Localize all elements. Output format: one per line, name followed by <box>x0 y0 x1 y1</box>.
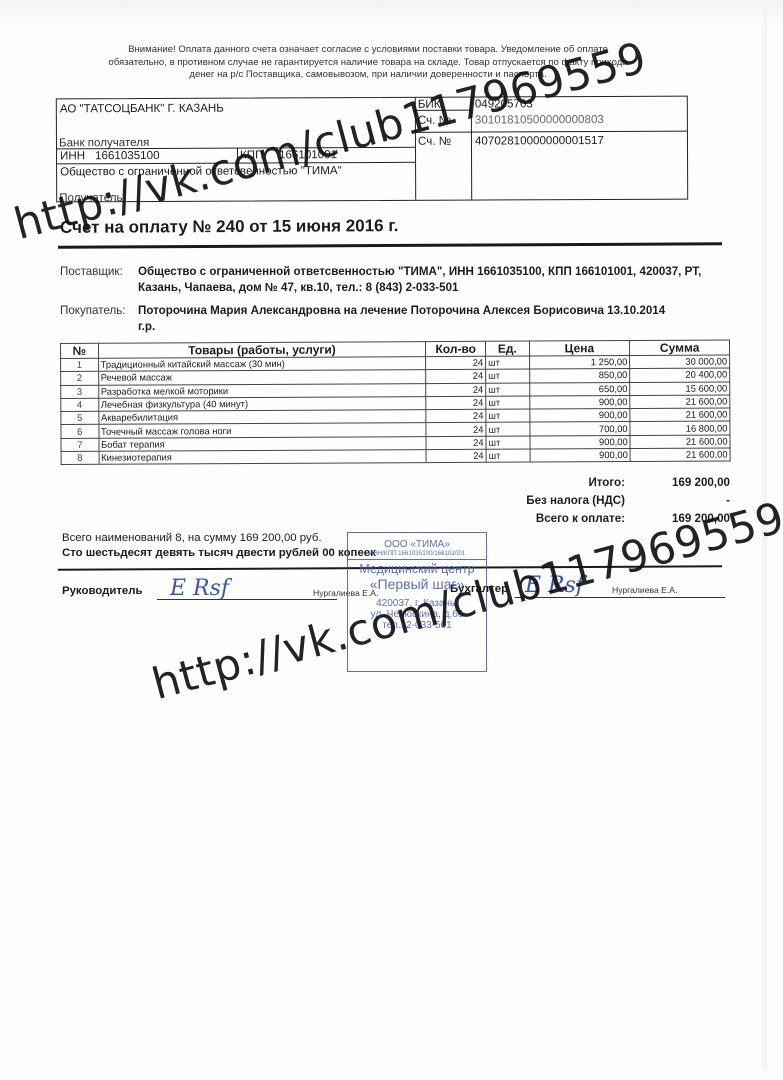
row-sum: 16 800,00 <box>630 421 730 435</box>
row-quantity: 24 <box>426 449 486 463</box>
row-unit: шт <box>486 436 530 450</box>
row-sum: 20 400,00 <box>630 368 730 382</box>
row-price: 900,00 <box>529 409 630 423</box>
account-value: 40702810000000001517 <box>475 134 604 148</box>
row-sum: 15 600,00 <box>630 382 730 396</box>
row-number: 6 <box>61 425 99 438</box>
row-number: 7 <box>61 438 99 451</box>
due-label: Всего к оплате: <box>470 510 625 528</box>
bank-name: АО "ТАТСОЦБАНК" Г. КАЗАНЬ <box>60 102 224 116</box>
director-label: Руководитель <box>62 585 143 597</box>
row-price: 650,00 <box>529 382 630 396</box>
row-quantity: 24 <box>426 383 486 397</box>
row-number: 1 <box>61 358 99 371</box>
row-number: 4 <box>61 398 99 411</box>
row-number: 2 <box>61 372 99 385</box>
row-unit: шт <box>486 396 530 410</box>
row-number: 3 <box>61 385 99 398</box>
row-sum: 30 000,00 <box>630 355 730 369</box>
buyer-label: Покупатель: <box>60 303 138 319</box>
stamp-inn-kpp: ИНН/КПП 1661035100/166101001 <box>348 550 486 557</box>
row-price: 900,00 <box>530 435 631 449</box>
vat-label: Без налога (НДС) <box>470 492 625 510</box>
row-price: 700,00 <box>529 422 630 436</box>
row-sum: 21 600,00 <box>630 448 730 462</box>
total-value: 169 200,00 <box>625 474 730 492</box>
supplier-label: Поставщик: <box>60 264 138 280</box>
row-price: 900,00 <box>530 449 631 463</box>
inn-label: ИНН <box>60 149 85 162</box>
summary-words: Сто шестьдесят девять тысяч двести рубле… <box>62 546 376 561</box>
row-price: 1 250,00 <box>529 356 630 370</box>
col-unit: Ед. <box>486 341 530 356</box>
row-quantity: 24 <box>426 370 486 384</box>
row-unit: шт <box>486 449 530 463</box>
col-price: Цена <box>529 341 630 357</box>
row-quantity: 24 <box>426 423 486 437</box>
summary-count: Всего наименований 8, на сумму 169 200,0… <box>62 531 376 546</box>
row-quantity: 24 <box>426 396 486 410</box>
row-item-name: Кинезиотерапия <box>99 450 427 465</box>
col-qty: Кол-во <box>426 341 486 356</box>
buyer-value: Поторочина Мария Александровна на лечени… <box>138 303 678 334</box>
row-quantity: 24 <box>426 436 486 450</box>
items-table: № Товары (работы, услуги) Кол-во Ед. Цен… <box>60 339 731 465</box>
row-sum: 21 600,00 <box>630 395 730 409</box>
row-unit: шт <box>486 356 530 370</box>
row-price: 900,00 <box>529 395 630 409</box>
row-number: 8 <box>61 451 99 464</box>
row-unit: шт <box>486 423 530 437</box>
row-sum: 21 600,00 <box>630 408 730 422</box>
buyer-block: Покупатель:Поторочина Мария Александровн… <box>60 303 678 334</box>
summary-block: Всего наименований 8, на сумму 169 200,0… <box>62 531 376 561</box>
row-unit: шт <box>486 409 530 423</box>
stamp-center: Медицинский центр <box>348 559 486 576</box>
bank-name-caption: Банк получателя <box>59 136 149 149</box>
accountant-name: Нургалиева Е.А. <box>612 585 677 595</box>
total-label: Итого: <box>470 474 625 492</box>
row-price: 850,00 <box>529 369 630 383</box>
supplier-value: Общество с ограниченной ответсвенностью … <box>138 264 728 295</box>
row-quantity: 24 <box>426 409 486 423</box>
table-row: 8Кинезиотерапия24шт900,0021 600,00 <box>61 448 730 465</box>
inn-value: 1661035100 <box>95 149 160 162</box>
supplier-block: Поставщик:Общество с ограниченной ответс… <box>60 264 728 295</box>
row-number: 5 <box>61 411 99 424</box>
row-quantity: 24 <box>426 356 486 370</box>
col-num: № <box>61 343 99 358</box>
vat-value: - <box>625 492 730 510</box>
row-unit: шт <box>486 383 530 397</box>
col-goods: Товары (работы, услуги) <box>98 342 426 359</box>
director-signature: E Rsf <box>170 576 229 601</box>
row-sum: 21 600,00 <box>630 435 730 449</box>
col-sum: Сумма <box>630 340 730 356</box>
stamp-company: ООО «ТИМА» <box>348 539 486 550</box>
row-unit: шт <box>486 369 530 383</box>
